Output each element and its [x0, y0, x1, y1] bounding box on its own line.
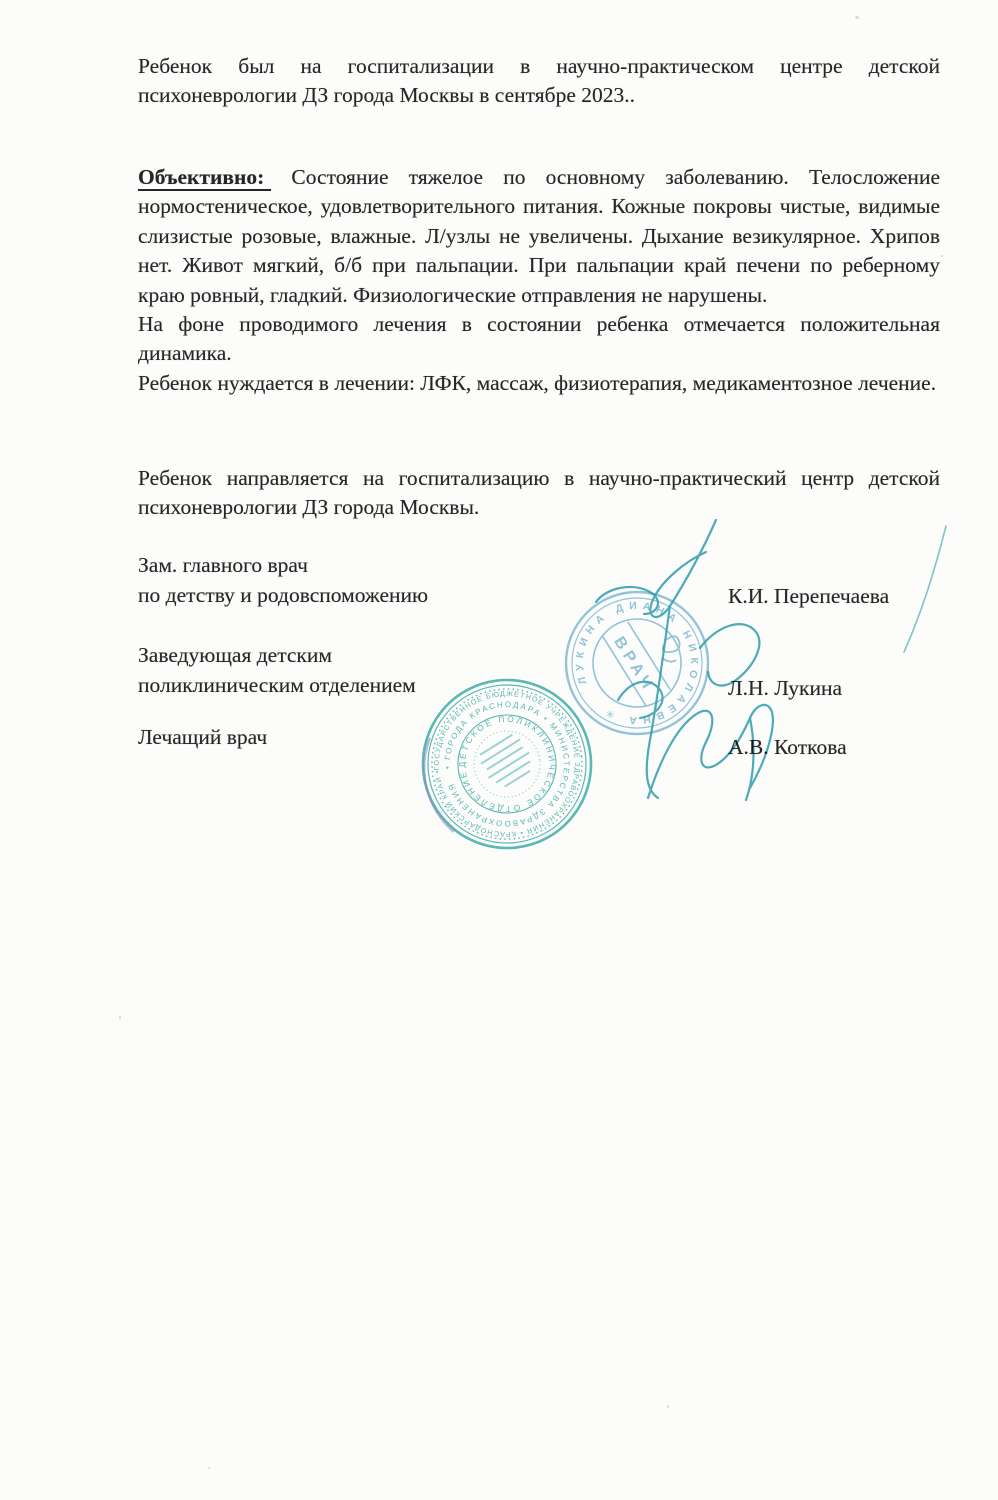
clinic-stamp-ring2-text: • ГОРОДА КРАСНОДАРА • МИНИСТЕРСТВА ЗДРАВ…: [437, 694, 578, 835]
paragraph-hospitalization: Ребенок был на госпитализации в научно-п…: [138, 52, 940, 111]
signature-name: А.В. Коткова: [728, 733, 847, 763]
clinic-stamp-ring1-text: ГОСУДАРСТВЕННОЕ БЮДЖЕТНОЕ УЧРЕЖДЕНИЕ ЗДР…: [425, 681, 590, 846]
scan-speck: [208, 1467, 210, 1469]
svg-text:• ГОРОДА КРАСНОДАРА • МИНИСТЕР: • ГОРОДА КРАСНОДАРА • МИНИСТЕРСТВА ЗДРАВ…: [437, 694, 578, 835]
paragraph-objective-block: Объективно: Состояние тяжелое по основно…: [138, 163, 940, 398]
paragraph-dynamics: На фоне проводимого лечения в состоянии …: [138, 310, 940, 369]
scan-speck: [119, 1016, 121, 1019]
scanned-document-page: Ребенок был на госпитализации в научно-п…: [0, 0, 998, 1500]
paragraph-text: Ребенок был на госпитализации в научно-п…: [138, 52, 940, 111]
signature-name: К.И. Перепечаева: [728, 582, 889, 612]
objective-label: Объективно:: [138, 165, 271, 191]
scan-speck: [941, 255, 943, 257]
signature-row-attending: Лечащий врач А.В. Коткова: [138, 723, 940, 753]
paragraph-referral: Ребенок направляется на госпитализацию в…: [138, 464, 940, 523]
paragraph-text: Ребенок направляется на госпитализацию в…: [138, 464, 940, 523]
paragraph-treatment-needs: Ребенок нуждается в лечении: ЛФК, массаж…: [138, 369, 940, 398]
paragraph-objective: Объективно: Состояние тяжелое по основно…: [138, 163, 940, 310]
scan-speck: [855, 16, 859, 19]
svg-text:ГОСУДАРСТВЕННОЕ БЮДЖЕТНОЕ УЧРЕ: ГОСУДАРСТВЕННОЕ БЮДЖЕТНОЕ УЧРЕЖДЕНИЕ ЗДР…: [425, 681, 590, 846]
signature-row-head-of-department: Заведующая детским поликлиническим отдел…: [138, 641, 940, 701]
signature-role-line: Зам. главного врач: [138, 551, 940, 581]
scan-speck: [527, 294, 529, 297]
signature-stroke-descender: [647, 606, 670, 798]
signature-row-deputy: Зам. главного врач по детству и родовспо…: [138, 551, 940, 611]
scan-speck: [667, 1405, 669, 1408]
signature-role-line: Заведующая детским: [138, 641, 940, 671]
signature-name: Л.Н. Лукина: [728, 674, 842, 704]
